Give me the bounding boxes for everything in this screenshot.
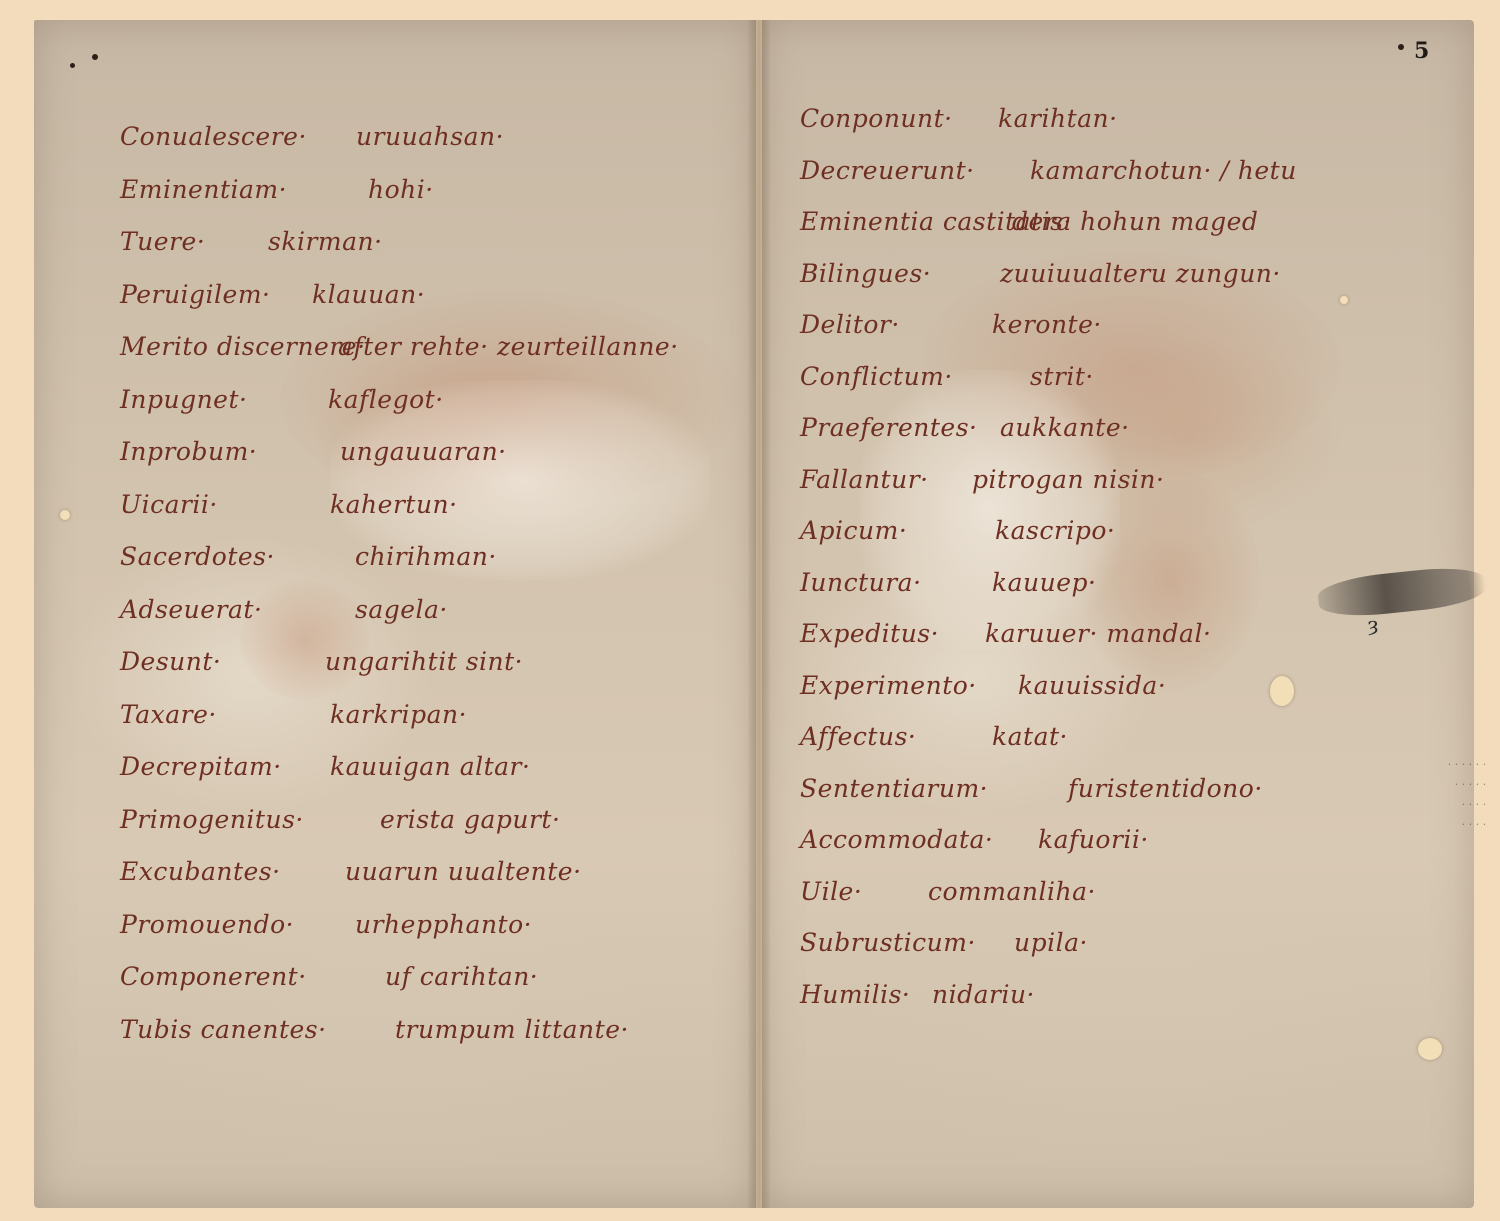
ohg-gloss: karihtan·	[998, 104, 1118, 133]
latin-lemma: Tuere·	[120, 227, 205, 256]
ohg-gloss: kaflegot·	[328, 385, 444, 414]
gloss-entry: Taxare·karkripan·	[120, 700, 217, 729]
ink-dot	[92, 54, 98, 60]
latin-lemma: Apicum·	[800, 516, 907, 545]
ohg-gloss: katat·	[992, 722, 1068, 751]
gloss-entry: Humilis·nidariu·	[800, 980, 910, 1009]
ohg-gloss: erista gapurt·	[380, 805, 560, 834]
latin-lemma: Conflictum·	[800, 362, 953, 391]
ohg-gloss: zuuiuualteru zungun·	[1000, 259, 1281, 288]
ohg-gloss: furistentidono·	[1068, 774, 1263, 803]
latin-lemma: Componerent·	[120, 962, 307, 991]
gloss-entry: Eminentiam·hohi·	[120, 175, 287, 204]
ohg-gloss: ungarihtit sint·	[325, 647, 523, 676]
gloss-entry: Conflictum·strit·	[800, 362, 953, 391]
latin-lemma: Adseuerat·	[120, 595, 262, 624]
ohg-gloss: karkripan·	[330, 700, 467, 729]
gloss-entry: Peruigilem·klauuan·	[120, 280, 270, 309]
latin-lemma: Accommodata·	[800, 825, 993, 854]
latin-lemma: Delitor·	[800, 310, 900, 339]
latin-lemma: Decrepitam·	[120, 752, 282, 781]
ohg-gloss: nidariu·	[932, 980, 1035, 1009]
ohg-gloss: kafuorii·	[1038, 825, 1149, 854]
gutter-fold	[748, 20, 770, 1208]
ohg-gloss: klauuan·	[312, 280, 425, 309]
latin-lemma: Experimento·	[800, 671, 977, 700]
gloss-entry: Accommodata·kafuorii·	[800, 825, 993, 854]
latin-lemma: Subrusticum·	[800, 928, 976, 957]
folio-number: 5	[1414, 38, 1429, 64]
smear-hook-glyph: ȝ	[1368, 612, 1378, 636]
ohg-gloss: keronte·	[992, 310, 1102, 339]
gloss-entry: Iunctura·kauuep·	[800, 568, 922, 597]
ohg-gloss: karuuer· mandal·	[985, 619, 1211, 648]
gloss-entry: Desunt·ungarihtit sint·	[120, 647, 221, 676]
latin-lemma: Uile·	[800, 877, 862, 906]
gloss-entry: Sacerdotes·chirihman·	[120, 542, 275, 571]
ohg-gloss: hohi·	[368, 175, 434, 204]
latin-lemma: Excubantes·	[120, 857, 281, 886]
latin-lemma: Decreuerunt·	[800, 156, 975, 185]
latin-lemma: Humilis·	[800, 980, 910, 1009]
ohg-gloss: kascripo·	[995, 516, 1115, 545]
ohg-gloss: commanliha·	[928, 877, 1096, 906]
latin-lemma: Inprobum·	[120, 437, 257, 466]
ohg-gloss: kauuissida·	[1018, 671, 1166, 700]
ohg-gloss: upila·	[1014, 928, 1088, 957]
ohg-gloss: strit·	[1030, 362, 1094, 391]
ink-dot	[70, 63, 75, 68]
ohg-gloss: kauuigan altar·	[330, 752, 530, 781]
parchment-hole	[1270, 676, 1294, 706]
latin-lemma: Expeditus·	[800, 619, 939, 648]
gloss-entry: Delitor·keronte·	[800, 310, 900, 339]
latin-lemma: Taxare·	[120, 700, 217, 729]
gloss-entry: Bilingues·zuuiuualteru zungun·	[800, 259, 931, 288]
ohg-gloss: dera hohun maged	[1012, 207, 1258, 236]
latin-lemma: Praeferentes·	[800, 413, 977, 442]
ohg-gloss: trumpum littante·	[395, 1015, 629, 1044]
ohg-gloss: uruuahsan·	[356, 122, 504, 151]
gloss-entry: Excubantes·uuarun uualtente·	[120, 857, 281, 886]
gloss-entry: Uile·commanliha·	[800, 877, 862, 906]
gloss-entry: Tuere·skirman·	[120, 227, 205, 256]
latin-lemma: Desunt·	[120, 647, 221, 676]
gloss-entry: Experimento·kauuissida·	[800, 671, 977, 700]
ink-dot	[1398, 44, 1404, 50]
latin-lemma: Sententiarum·	[800, 774, 988, 803]
gloss-entry: Merito discernere·after rehte· zeurteill…	[120, 332, 366, 361]
faded-margin-note: · · · · · ·· · · · ·· · · ·· · · ·	[1376, 755, 1486, 835]
gloss-entry: Inprobum·ungauuaran·	[120, 437, 257, 466]
gloss-entry: Sententiarum·furistentidono·	[800, 774, 988, 803]
gloss-entry: Uicarii·kahertun·	[120, 490, 218, 519]
latin-lemma: Sacerdotes·	[120, 542, 275, 571]
gloss-entry: Decreuerunt·kamarchotun· / hetu	[800, 156, 975, 185]
ohg-gloss: kauuep·	[992, 568, 1097, 597]
ohg-gloss: chirihman·	[355, 542, 497, 571]
latin-lemma: Bilingues·	[800, 259, 931, 288]
gloss-entry: Subrusticum·upila·	[800, 928, 976, 957]
ohg-gloss: urhepphanto·	[355, 910, 532, 939]
latin-lemma: Promouendo·	[120, 910, 294, 939]
latin-lemma: Tubis canentes·	[120, 1015, 327, 1044]
latin-lemma: Conualescere·	[120, 122, 307, 151]
ohg-gloss: pitrogan nisin·	[972, 465, 1164, 494]
latin-lemma: Conponunt·	[800, 104, 953, 133]
latin-lemma: Eminentiam·	[120, 175, 287, 204]
gloss-entry: Primogenitus·erista gapurt·	[120, 805, 304, 834]
latin-lemma: Fallantur·	[800, 465, 929, 494]
ohg-gloss: uuarun uualtente·	[345, 857, 582, 886]
ohg-gloss: aukkante·	[1000, 413, 1130, 442]
gloss-entry: Praeferentes·aukkante·	[800, 413, 977, 442]
ohg-gloss: uf carihtan·	[385, 962, 538, 991]
latin-lemma: Uicarii·	[120, 490, 218, 519]
gloss-entry: Eminentia castitatis·dera hohun maged	[800, 207, 1072, 236]
gloss-entry: Affectus·katat·	[800, 722, 916, 751]
gloss-entry: Conualescere·uruuahsan·	[120, 122, 307, 151]
gloss-entry: Conponunt·karihtan·	[800, 104, 953, 133]
gloss-entry: Inpugnet·kaflegot·	[120, 385, 247, 414]
gloss-entry: Fallantur·pitrogan nisin·	[800, 465, 929, 494]
parchment-hole	[60, 510, 70, 520]
gloss-entry: Apicum·kascripo·	[800, 516, 907, 545]
gloss-entry: Expeditus·karuuer· mandal·	[800, 619, 939, 648]
ohg-gloss: ungauuaran·	[340, 437, 507, 466]
latin-lemma: Merito discernere·	[120, 332, 366, 361]
ohg-gloss: sagela·	[355, 595, 448, 624]
latin-lemma: Iunctura·	[800, 568, 922, 597]
latin-lemma: Peruigilem·	[120, 280, 270, 309]
gloss-entry: Componerent·uf carihtan·	[120, 962, 307, 991]
latin-lemma: Inpugnet·	[120, 385, 247, 414]
parchment-hole	[1418, 1038, 1442, 1060]
latin-lemma: Primogenitus·	[120, 805, 304, 834]
gloss-entry: Tubis canentes·trumpum littante·	[120, 1015, 327, 1044]
gloss-entry: Decrepitam·kauuigan altar·	[120, 752, 282, 781]
ohg-gloss: kamarchotun· / hetu	[1030, 156, 1297, 185]
ohg-gloss: skirman·	[268, 227, 383, 256]
ohg-gloss: kahertun·	[330, 490, 458, 519]
latin-lemma: Affectus·	[800, 722, 916, 751]
parchment-hole	[1340, 296, 1348, 304]
gloss-entry: Adseuerat·sagela·	[120, 595, 262, 624]
gloss-entry: Promouendo·urhepphanto·	[120, 910, 294, 939]
ohg-gloss: after rehte· zeurteillanne·	[338, 332, 679, 361]
